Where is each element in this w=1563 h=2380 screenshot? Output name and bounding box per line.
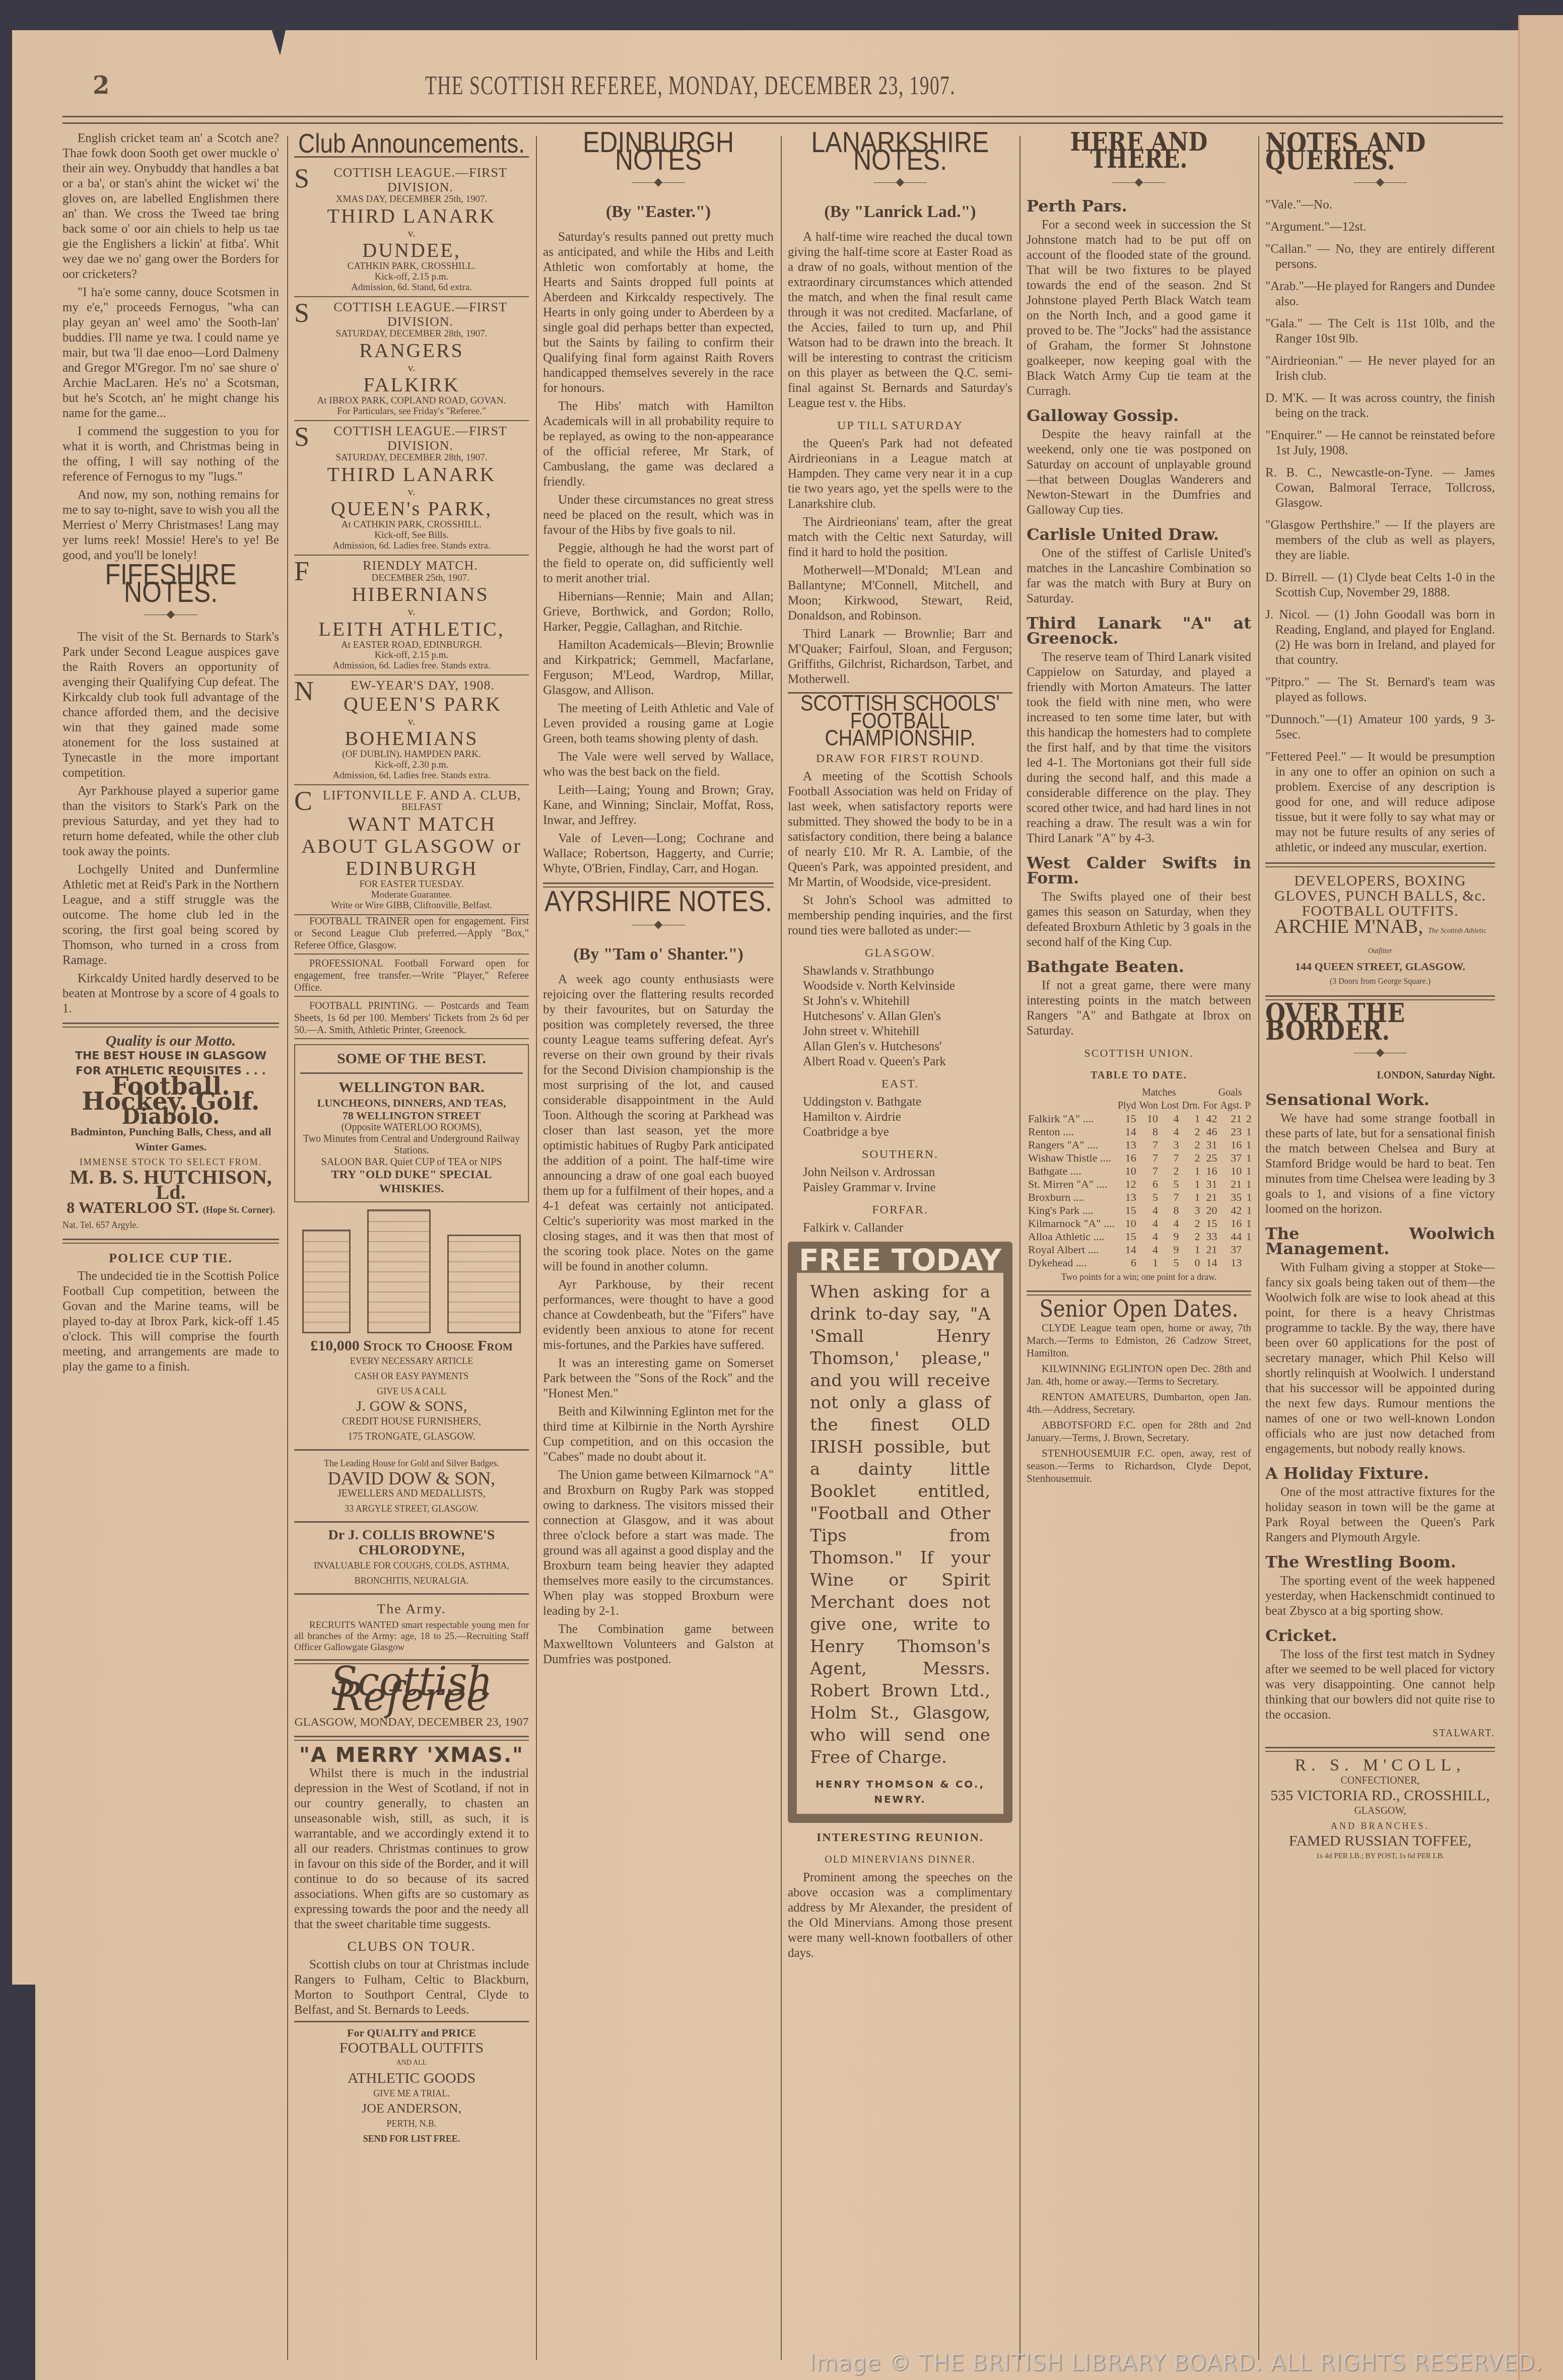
region-heading: FORFAR. <box>788 1202 1012 1217</box>
venue: (OF DUBLIN). HAMPDEN PARK. <box>294 750 529 760</box>
paragraph: Lochgelly United and Dunfermline Athleti… <box>62 862 279 968</box>
paragraph: The Airdrieonians' team, after the great… <box>788 515 1012 560</box>
newspaper-page: 2 THE SCOTTISH REFEREE, MONDAY, DECEMBER… <box>12 30 1518 2380</box>
table-cell: 31 <box>1202 1138 1219 1151</box>
announcement-date: SATURDAY, DECEMBER 28th, 1907. <box>294 453 529 463</box>
ad-line: AND ALL <box>294 2056 529 2071</box>
region-heading: GLASGOW. <box>788 945 1012 961</box>
query-answer: R. B. C., Newcastle-on-Tyne. — James Cow… <box>1265 465 1495 511</box>
draw-tie: St John's v. Whitehill <box>788 994 1012 1009</box>
free-today-title: FREE TODAY <box>797 1251 1003 1273</box>
table-cell: 3 <box>1160 1138 1181 1151</box>
union-table: MatchesGoalsPlydWonLostDrn.ForAgst.Pts F… <box>1027 1086 1251 1269</box>
announcement-lead: SCOTTISH LEAGUE.—FIRST DIVISION. <box>294 166 529 194</box>
query-answer: D. Birrell. — (1) Clyde beat Celts 1-0 i… <box>1265 570 1495 600</box>
hutchison-ad: Quality is our Motto. THE BEST HOUSE IN … <box>62 1034 279 1233</box>
ad-line: CASH OR EASY PAYMENTS <box>294 1369 529 1384</box>
ad-motto: Quality is our Motto. <box>62 1034 279 1049</box>
paragraph: A meeting of the Scottish Schools Footba… <box>788 769 1012 890</box>
venue: At CATHKIN PARK, CROSSHILL. <box>294 520 529 530</box>
table-cell: 4 <box>1138 1230 1160 1243</box>
section-title: Cricket. <box>1265 1628 1495 1643</box>
ad-address: 175 TRONGATE, GLASGOW. <box>294 1429 529 1444</box>
free-today-body: When asking for a drink to-day say, "A '… <box>797 1273 1003 1777</box>
intro-article: English cricket team an' a Scotch ane? T… <box>62 131 279 563</box>
divider <box>1027 1290 1251 1296</box>
draw-tie: John Neilson v. Ardrossan <box>788 1165 1012 1180</box>
ad-address: 33 ARGYLE STREET, GLASGOW. <box>294 1501 529 1516</box>
column-5: HERE AND THERE. ——◆—— Perth Pars.For a s… <box>1027 131 1251 2370</box>
table-cell: 37 <box>1218 1243 1243 1256</box>
table-row: Renton ....14842462318 <box>1027 1125 1251 1138</box>
venue: CATHKIN PARK, CROSSHILL. <box>294 261 529 272</box>
masthead: 2 THE SCOTTISH REFEREE, MONDAY, DECEMBER… <box>93 71 1523 101</box>
table-cell: Royal Albert .... <box>1027 1243 1116 1256</box>
announcement-list: SCOTTISH LEAGUE.—FIRST DIVISION.XMAS DAY… <box>294 163 529 915</box>
paragraph: The Vale were well served by Wallace, wh… <box>543 750 774 780</box>
query-answer: "Dunnoch."—(1) Amateur 100 yards, 9 3-5s… <box>1265 712 1495 742</box>
versus: v. <box>294 227 529 239</box>
divider <box>62 1023 279 1028</box>
ad-corner: (Hope St. Corner). <box>203 1205 275 1215</box>
column-header: Won <box>1138 1099 1160 1112</box>
paragraph: Vale of Leven—Long; Cochrane and Wallace… <box>543 831 774 876</box>
region-heading: EAST. <box>788 1076 1012 1092</box>
ad-line: For QUALITY and PRICE <box>294 2025 529 2041</box>
table-cell: 4 <box>1160 1217 1181 1230</box>
table-cell: 15 <box>1116 1204 1138 1217</box>
schools-subheading: DRAW FOR FIRST ROUND. <box>788 751 1012 766</box>
paper-title: Scottish Referee <box>294 1674 529 1705</box>
paper-dateline: GLASGOW, MONDAY, DECEMBER 23, 1907 <box>294 1715 529 1730</box>
section-title: The Woolwich Management. <box>1265 1226 1495 1256</box>
table-cell: 13 <box>1116 1138 1138 1151</box>
here-and-there-sections: Perth Pars.For a second week in successi… <box>1027 198 1251 1039</box>
dow-ad: The Leading House for Gold and Silver Ba… <box>294 1456 529 1516</box>
draw-tie: Woodside v. North Kelvinside <box>788 979 1012 994</box>
paragraph: Motherwell—M'Donald; M'Lean and Ballanty… <box>788 563 1012 624</box>
free-today-foot: HENRY THOMSON & CO., NEWRY. <box>797 1777 1003 1814</box>
divider <box>294 1521 529 1523</box>
ad-price: 1s 4d PER LB.; BY POST, 1s 6d PER LB. <box>1265 1849 1495 1864</box>
table-cell: Rangers "A" .... <box>1027 1138 1116 1151</box>
ornament-rule: ——◆—— <box>62 606 279 622</box>
query-answer: "Arab."—He played for Rangers and Dundee… <box>1265 279 1495 309</box>
senior-open-heading: Senior Open Dates. <box>1027 1301 1251 1318</box>
column-rule <box>1258 136 1259 2360</box>
paragraph: English cricket team an' a Scotch ane? T… <box>62 131 279 282</box>
versus: v. <box>294 605 529 618</box>
divider <box>1265 1747 1495 1752</box>
edinburgh-notes-heading: EDINBURGH NOTES <box>543 134 774 169</box>
ad-name: R. S. M'COLL, <box>1265 1758 1495 1773</box>
table-row: Wishaw Thistle ....16772253716 <box>1027 1151 1251 1165</box>
merry-xmas-text: Whilst there is much in the industrial d… <box>294 1766 529 1932</box>
table-cell: 31 <box>1202 1178 1219 1191</box>
paragraph: St John's School was admitted to members… <box>788 893 1012 938</box>
column-1: English cricket team an' a Scotch ane? T… <box>62 131 279 2370</box>
classified-ad: FOOTBALL PRINTING. — Postcards and Team … <box>294 1000 529 1039</box>
ad-name: JOE ANDERSON, <box>294 2101 529 2116</box>
schools-heading: SCOTTISH SCHOOLS' FOOTBALL CHAMPIONSHIP. <box>788 695 1012 747</box>
wardrobe-drawing <box>367 1209 431 1333</box>
announcement-lead: CLIFTONVILLE F. AND A. CLUB, <box>294 788 529 803</box>
paragraph: Hibernians—Rennie; Main and Allan; Griev… <box>543 589 774 635</box>
query-answer: "Airdrieonian." — He never played for an… <box>1265 354 1495 384</box>
table-cell: 46 <box>1202 1125 1219 1138</box>
paragraph: Kirkcaldy United hardly deserved to be b… <box>62 971 279 1016</box>
paragraph: Beith and Kilwinning Eglinton met for th… <box>543 1404 774 1465</box>
open-date-item: STENHOUSEMUIR F.C. open, away, rest of s… <box>1027 1447 1251 1485</box>
ornament-rule: ——◆—— <box>788 174 1012 189</box>
table-cell: 10 <box>1243 1217 1251 1230</box>
paragraph: The Union game between Kilmarnock "A" an… <box>543 1468 774 1619</box>
table-cell: 8 <box>1138 1125 1160 1138</box>
table-row: Broxburn ....13571213511 <box>1027 1191 1251 1204</box>
ad-trade: CONFECTIONER, <box>1265 1773 1495 1788</box>
union-note: Two points for a win; one point for a dr… <box>1027 1269 1251 1284</box>
announcement-lead: NEW-YEAR'S DAY, 1908. <box>294 678 529 693</box>
table-cell: 1 <box>1180 1165 1201 1178</box>
table-cell: 16 <box>1116 1151 1138 1165</box>
ornament-rule: ——◆—— <box>543 174 774 189</box>
drop-cap: S <box>294 166 310 191</box>
reunion-text: Prominent among the speeches on the abov… <box>788 1870 1012 1961</box>
dateline: LONDON, Saturday Night. <box>1265 1068 1495 1083</box>
column-header: Lost <box>1160 1099 1181 1112</box>
table-cell: Kilmarnock "A" .... <box>1027 1217 1116 1230</box>
here-and-there-heading: HERE AND THERE. <box>1027 134 1251 169</box>
venue: FOR EASTER TUESDAY. <box>294 879 529 890</box>
versus: v. <box>294 486 529 498</box>
query-answer: "Callan." — No, they are entirely differ… <box>1265 242 1495 272</box>
ornament-rule: ——◆—— <box>1027 174 1251 189</box>
table-cell: 33 <box>1202 1230 1219 1243</box>
byline: (By "Lanrick Lad.") <box>788 205 1012 220</box>
table-cell: 16 <box>1243 1138 1251 1151</box>
ad-line: ATHLETIC GOODS <box>294 2071 529 2086</box>
section-title: The Wrestling Boom. <box>1265 1554 1495 1570</box>
drop-cap: S <box>294 424 310 449</box>
table-cell: 42 <box>1202 1112 1219 1125</box>
ad-games: Badminton, Punching Balls, Chess, and al… <box>62 1124 279 1154</box>
kickoff: Kick-off, 2.30 p.m. <box>294 760 529 771</box>
table-cell: Bathgate .... <box>1027 1165 1116 1178</box>
paragraph: With Fulham giving a stopper at Stoke—fa… <box>1265 1260 1495 1457</box>
home-team: RANGERS <box>294 339 529 362</box>
paragraph: Under these circumstances no great stres… <box>543 493 774 538</box>
copyright-watermark: Image © THE BRITISH LIBRARY BOARD. ALL R… <box>809 2350 1543 2376</box>
draw-tie: Hutchesons' v. Allan Glen's <box>788 1009 1012 1024</box>
home-team: THIRD LANARK <box>294 205 529 227</box>
admission: Admission, 6d. Ladies free. Stands extra… <box>294 661 529 671</box>
ornament-rule: ——◆—— <box>543 917 774 932</box>
lanarkshire-article-cont: the Queen's Park had not defeated Airdri… <box>788 436 1012 687</box>
table-cell: 10 <box>1218 1165 1243 1178</box>
divider <box>294 1736 529 1741</box>
draw-tie: Allan Glen's v. Hutchesons' <box>788 1039 1012 1054</box>
paragraph: The reserve team of Third Lanark visited… <box>1027 650 1251 846</box>
fifeshire-heading: FIFESHIRE NOTES. <box>62 566 279 601</box>
open-date-item: RENTON AMATEURS, Dumbarton, open Jan. 4t… <box>1027 1391 1251 1416</box>
venue: At EASTER ROAD, EDINBURGH. <box>294 640 529 651</box>
ad-name: ARCHIE M'NAB, <box>1274 915 1423 937</box>
fifeshire-article: The visit of the St. Bernards to Stark's… <box>62 630 279 1016</box>
signoff: STALWART. <box>1265 1726 1495 1741</box>
region-heading: SOUTHERN. <box>788 1147 1012 1162</box>
ad-line: 78 WELLINGTON STREET <box>300 1109 523 1122</box>
running-head: THE SCOTTISH REFEREE, MONDAY, DECEMBER 2… <box>425 71 956 101</box>
table-cell: 2 <box>1180 1138 1201 1151</box>
kickoff: For Particulars, see Friday's "Referee." <box>294 406 529 417</box>
away-team: QUEEN's PARK, <box>294 498 529 520</box>
column-2: Club Announcements. SCOTTISH LEAGUE.—FIR… <box>294 131 529 2370</box>
table-cell: 2 <box>1180 1125 1201 1138</box>
query-answer: "Glasgow Perthshire." — If the players a… <box>1265 518 1495 563</box>
table-cell: 44 <box>1218 1230 1243 1243</box>
drop-cap: N <box>294 678 314 704</box>
admission: Write or Wire GIBB, Cliftonville, Belfas… <box>294 901 529 911</box>
senior-open-list: CLYDE League team open, home or away, 7t… <box>1027 1322 1251 1485</box>
table-cell: 6 <box>1116 1256 1138 1269</box>
police-cup-heading: POLICE CUP TIE. <box>62 1251 279 1266</box>
table-cell: 10 <box>1116 1165 1138 1178</box>
column-header: Plyd <box>1116 1099 1138 1112</box>
query-answer: "Vale."—No. <box>1265 197 1495 213</box>
table-cell: 10 <box>1243 1230 1251 1243</box>
paragraph: One of the stiffest of Carlisle United's… <box>1027 546 1251 606</box>
gow-ad: £10,000 Stock to Choose From EVERY NECES… <box>294 1338 529 1444</box>
browne-ad: Dr J. COLLIS BROWNE'S CHLORODYNE, INVALU… <box>294 1528 529 1588</box>
ornament-rule: ——◆—— <box>1265 1045 1495 1060</box>
paragraph: The Swifts played one of their best game… <box>1027 890 1251 950</box>
table-cell: Wishaw Thistle .... <box>1027 1151 1116 1165</box>
union-subheading: TABLE TO DATE. <box>1027 1068 1251 1083</box>
query-answer: D. M'K. — It was across country, the fin… <box>1265 391 1495 421</box>
announcement-date: DECEMBER 25th, 1907. <box>294 573 529 584</box>
free-today-ad: FREE TODAY When asking for a drink to-da… <box>788 1242 1012 1823</box>
ad-name: DAVID DOW & SON, <box>294 1471 529 1486</box>
open-date-item: ABBOTSFORD F.C. open for 28th and 2nd Ja… <box>1027 1419 1251 1444</box>
table-cell: 13 <box>1218 1256 1243 1269</box>
table-row: Royal Albert ....1449121379 <box>1027 1243 1251 1256</box>
table-cell: 4 <box>1138 1243 1160 1256</box>
kickoff: Kick-off, 2.15 p.m. <box>294 272 529 283</box>
table-cell: 42 <box>1218 1204 1243 1217</box>
table-cell: 15 <box>1243 1165 1251 1178</box>
home-team: HIBERNIANS <box>294 583 529 605</box>
paragraph: Third Lanark — Brownlie; Barr and M'Quak… <box>788 627 1012 687</box>
versus: v. <box>294 715 529 727</box>
reunion-heading: INTERESTING REUNION. <box>788 1830 1012 1845</box>
table-cell: 7 <box>1138 1138 1160 1151</box>
draw-tie: Coatbridge a bye <box>788 1125 1012 1140</box>
table-row: Kilmarnock "A" ....10442151610 <box>1027 1217 1251 1230</box>
home-team: QUEEN'S PARK <box>294 693 529 715</box>
table-row: St. Mirren "A" ....12651312113 <box>1027 1178 1251 1191</box>
open-date-item: KILWINNING EGLINTON open Dec. 28th and J… <box>1027 1363 1251 1388</box>
furniture-illustration <box>294 1207 529 1333</box>
query-answer: "Pitpro." — The St. Bernard's team was p… <box>1265 675 1495 705</box>
draw-tie: Albert Road v. Queen's Park <box>788 1054 1012 1069</box>
ad-line: GIVE ME A TRIAL. <box>294 2086 529 2101</box>
table-cell: 23 <box>1218 1125 1243 1138</box>
admission: Admission, 6d. Ladies free. Stands extra… <box>294 771 529 781</box>
ad-city: GLASGOW, <box>1265 1803 1495 1818</box>
column-header <box>1027 1099 1116 1112</box>
table-cell: 5 <box>1160 1178 1181 1191</box>
club-announcements-heading: Club Announcements. <box>294 135 529 153</box>
drop-cap: S <box>294 300 310 325</box>
paragraph: Ayr Parkhouse played a superior game tha… <box>62 784 279 859</box>
table-cell: 20 <box>1202 1204 1219 1217</box>
ad-line: Two Minutes from Central and Underground… <box>300 1133 523 1157</box>
paragraph: "I ha'e some canny, douce Scotsmen in my… <box>62 285 279 421</box>
column-header: Pts <box>1243 1099 1251 1112</box>
venue: At IBROX PARK, COPLAND ROAD, GOVAN. <box>294 396 529 406</box>
table-cell: 7 <box>1160 1191 1181 1204</box>
over-border-article: Sensational Work.We have had some strang… <box>1265 1092 1495 1723</box>
table-cell: 18 <box>1243 1125 1251 1138</box>
ad-line: GIVE US A CALL <box>294 1384 529 1399</box>
column-6: NOTES AND QUERIES. ——◆—— "Vale."—No."Arg… <box>1265 131 1495 2370</box>
table-cell: 4 <box>1138 1217 1160 1230</box>
ad-trade: CREDIT HOUSE FURNISHERS, <box>294 1414 529 1429</box>
paragraph: If not a great game, there were many int… <box>1027 978 1251 1039</box>
byline: (By "Easter.") <box>543 205 774 220</box>
kickoff: Moderate Guarantee. <box>294 890 529 901</box>
table-cell: 1 <box>1180 1112 1201 1125</box>
table-cell: 8 <box>1160 1204 1181 1217</box>
table-cell: 14 <box>1202 1256 1219 1269</box>
draw-tie: Shawlands v. Strathbungo <box>788 964 1012 979</box>
table-cell: 5 <box>1160 1256 1181 1269</box>
announcement-lead: SCOTTISH LEAGUE.—FIRST DIVISION. <box>294 424 529 453</box>
away-team: LEITH ATHLETIC, <box>294 618 529 640</box>
table-cell: Broxburn .... <box>1027 1191 1116 1204</box>
table-cell: 16 <box>1218 1138 1243 1151</box>
ad-line: DEVELOPERS, BOXING GLOVES, PUNCH BALLS, … <box>1265 873 1495 904</box>
away-team: FALKIRK <box>294 374 529 396</box>
club-announcement: CLIFTONVILLE F. AND A. CLUB,BELFASTWANT … <box>294 785 529 915</box>
announcement-date: BELFAST <box>294 802 529 813</box>
draw-tie: Paisley Grammar v. Irvine <box>788 1180 1012 1195</box>
paragraph: I commend the suggestion to you for what… <box>62 424 279 485</box>
ad-name: J. GOW & SONS, <box>294 1399 529 1414</box>
paragraph: Despite the heavy rainfall at the weeken… <box>1027 427 1251 518</box>
query-answer: "Enquirer." — He cannot be reinstated be… <box>1265 428 1495 458</box>
clubs-on-tour-text: Scottish clubs on tour at Christmas incl… <box>294 1957 529 2018</box>
table-cell: King's Park .... <box>1027 1204 1116 1217</box>
table-cell: 15 <box>1202 1217 1219 1230</box>
table-cell: 21 <box>1243 1112 1251 1125</box>
table-cell: 25 <box>1202 1151 1219 1165</box>
table-cell: 35 <box>1218 1191 1243 1204</box>
admission: Admission, 6d. Ladies free. Stands extra… <box>294 541 529 552</box>
section-title: Third Lanark "A" at Greenock. <box>1027 616 1251 646</box>
table-cell: 2 <box>1243 1256 1251 1269</box>
query-answer: "Gala." — The Celt is 11st 10lb, and the… <box>1265 316 1495 347</box>
table-cell: 10 <box>1116 1217 1138 1230</box>
wellington-bar-ad: SOME OF THE BEST. WELLINGTON BAR. LUNCHE… <box>294 1044 529 1202</box>
army-text: RECRUITS WANTED smart respectable young … <box>294 1620 529 1653</box>
table-cell: Renton .... <box>1027 1125 1116 1138</box>
query-answer: "Argument."—12st. <box>1265 220 1495 235</box>
draw-tie: John street v. Whitehill <box>788 1024 1012 1039</box>
table-cell: Falkirk "A" .... <box>1027 1112 1116 1125</box>
draw-tie: Uddingston v. Bathgate <box>788 1095 1012 1110</box>
ad-tel: Nat. Tel. 657 Argyle. <box>62 1217 279 1233</box>
classified-ad: FOOTBALL TRAINER open for engagement. Fi… <box>294 915 529 955</box>
ad-name: WELLINGTON BAR. <box>300 1079 523 1097</box>
table-cell: 5 <box>1138 1191 1160 1204</box>
table-cell: 14 <box>1116 1243 1138 1256</box>
section-title: Galloway Gossip. <box>1027 408 1251 423</box>
ad-line: INVALUABLE FOR COUGHS, COLDS, ASTHMA, BR… <box>294 1558 529 1588</box>
table-cell: 21 <box>1202 1243 1219 1256</box>
table-cell: 16 <box>1202 1165 1219 1178</box>
ad-name: M. B. S. HUTCHISON, Ld. <box>62 1170 279 1200</box>
table-cell: 1 <box>1180 1191 1201 1204</box>
paragraph: The loss of the first test match in Sydn… <box>1265 1647 1495 1723</box>
paragraph: We have had some strange football in the… <box>1265 1111 1495 1217</box>
table-cell: 9 <box>1160 1230 1181 1243</box>
table-cell: 15 <box>1116 1230 1138 1243</box>
column-rule <box>287 136 288 2360</box>
ad-address: 8 WATERLOO ST. <box>66 1198 198 1216</box>
query-answer: "Fettered Peel." — It would be presumpti… <box>1265 750 1495 855</box>
table-cell: 10 <box>1138 1112 1160 1125</box>
table-cell: 6 <box>1138 1178 1160 1191</box>
table-cell: Dykehead .... <box>1027 1256 1116 1269</box>
table-cell: 16 <box>1218 1217 1243 1230</box>
merry-xmas-heading: "A MERRY 'XMAS." <box>294 1748 529 1763</box>
paragraph: Hamilton Academicals—Blevin; Brownlie an… <box>543 638 774 698</box>
announcement-lead: FRIENDLY MATCH. <box>294 559 529 573</box>
table-row: Bathgate ....10721161015 <box>1027 1165 1251 1178</box>
admission: Admission, 6d. Stand, 6d extra. <box>294 283 529 293</box>
reunion-subheading: OLD MINERVIANS DINNER. <box>788 1852 1012 1867</box>
mccoll-ad: R. S. M'COLL, CONFECTIONER, 535 VICTORIA… <box>1265 1758 1495 1864</box>
draw-tie: Hamilton v. Airdrie <box>788 1110 1012 1125</box>
table-cell: 2 <box>1180 1230 1201 1243</box>
table-cell: 12 <box>1116 1178 1138 1191</box>
table-cell: Alloa Athletic .... <box>1027 1230 1116 1243</box>
ad-line: LUNCHEONS, DINNERS, AND TEAS, <box>300 1097 523 1109</box>
table-cell: 1 <box>1138 1256 1160 1269</box>
table-row: King's Park ....15483204211 <box>1027 1204 1251 1217</box>
section-title: A Holiday Fixture. <box>1265 1466 1495 1481</box>
ad-address: 144 QUEEN STREET, GLASGOW. <box>1265 959 1495 974</box>
ad-note: (3 Doors from George Square.) <box>1265 974 1495 989</box>
section-title: Sensational Work. <box>1265 1092 1495 1107</box>
ad-line: TRY "OLD DUKE" SPECIAL WHISKIES. <box>300 1168 523 1196</box>
paragraph: The Hibs' match with Hamilton Academical… <box>543 399 774 490</box>
table-cell: 15 <box>1116 1112 1138 1125</box>
paragraph: Ayr Parkhouse, by their recent performan… <box>543 1277 774 1353</box>
ad-product: FAMED RUSSIAN TOFFEE, <box>1265 1833 1495 1849</box>
ad-stock: £10,000 Stock to Choose From <box>294 1338 529 1353</box>
paragraph: A week ago county enthusiasts were rejoi… <box>543 972 774 1274</box>
queries-list: "Vale."—No."Argument."—12st."Callan." — … <box>1265 197 1495 855</box>
table-cell: 16 <box>1243 1151 1251 1165</box>
paragraph: Leith—Laing; Young and Brown; Gray, Kane… <box>543 783 774 828</box>
divider <box>1265 862 1495 867</box>
away-team: DUNDEE, <box>294 239 529 261</box>
table-cell: 9 <box>1243 1243 1251 1256</box>
table-cell: 7 <box>1138 1151 1160 1165</box>
masthead-rule <box>62 116 1503 124</box>
